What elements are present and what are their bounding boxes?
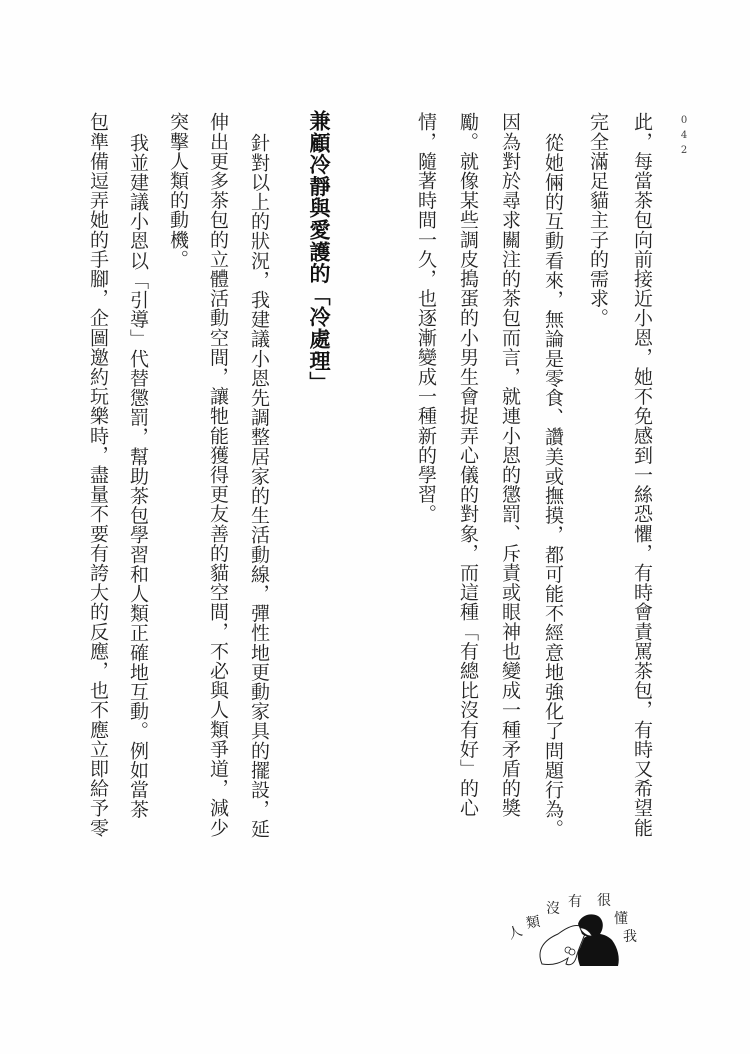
text-column: 勵。就像某些調皮搗蛋的小男生會捉弄心儀的對象，而這種「有總比沒有好」的心 (458, 112, 477, 818)
page-number-digit: 2 (678, 143, 690, 158)
illustration: 人 類 沒 有 很 懂 我 (480, 880, 680, 980)
page-number-digit: 0 (678, 113, 690, 128)
text-column: 包準備逗弄她的手腳，企圖邀約玩樂時，盡量不要有誇大的反應，也不應立即給予零 (88, 112, 107, 837)
section-heading: 兼顧冷靜與愛護的「冷處理」 (309, 110, 330, 393)
text-column: 完全滿足貓主子的需求。 (588, 112, 607, 328)
text-column: 情，隨著時間一久，也逐漸變成一種新的學習。 (416, 112, 435, 524)
text-column: 突擊人類的動機。 (168, 112, 187, 269)
text-column: 從她倆的互動看來，無論是零食、讚美或撫摸，都可能不經意地強化了問題行為。 (543, 133, 562, 839)
cat-hug-drawing (480, 880, 680, 980)
page-number: 0 4 2 (678, 113, 690, 158)
text-column: 此，每當茶包向前接近小恩，她不免感到一絲恐懼，有時會責罵茶包，有時又希望能 (632, 112, 651, 837)
text-column: 我並建議小恩以「引導」代替懲罰，幫助茶包學習和人類正確地互動。例如當茶 (128, 133, 147, 819)
text-column: 針對以上的狀況，我建議小恩先調整居家的生活動線，彈性地更動家具的擺設，延 (249, 133, 268, 839)
book-page: 0 4 2 此，每當茶包向前接近小恩，她不免感到一絲恐懼，有時會責罵茶包，有時又… (0, 0, 750, 1054)
text-column: 伸出更多茶包的立體活動空間，讓牠能獲得更友善的貓空間，不必與人類爭道，減少 (208, 112, 227, 837)
text-column: 因為對於尋求關注的茶包而言，就連小恩的懲罰、斥責或眼神也變成一種矛盾的獎 (500, 112, 519, 818)
page-number-digit: 4 (678, 128, 690, 143)
